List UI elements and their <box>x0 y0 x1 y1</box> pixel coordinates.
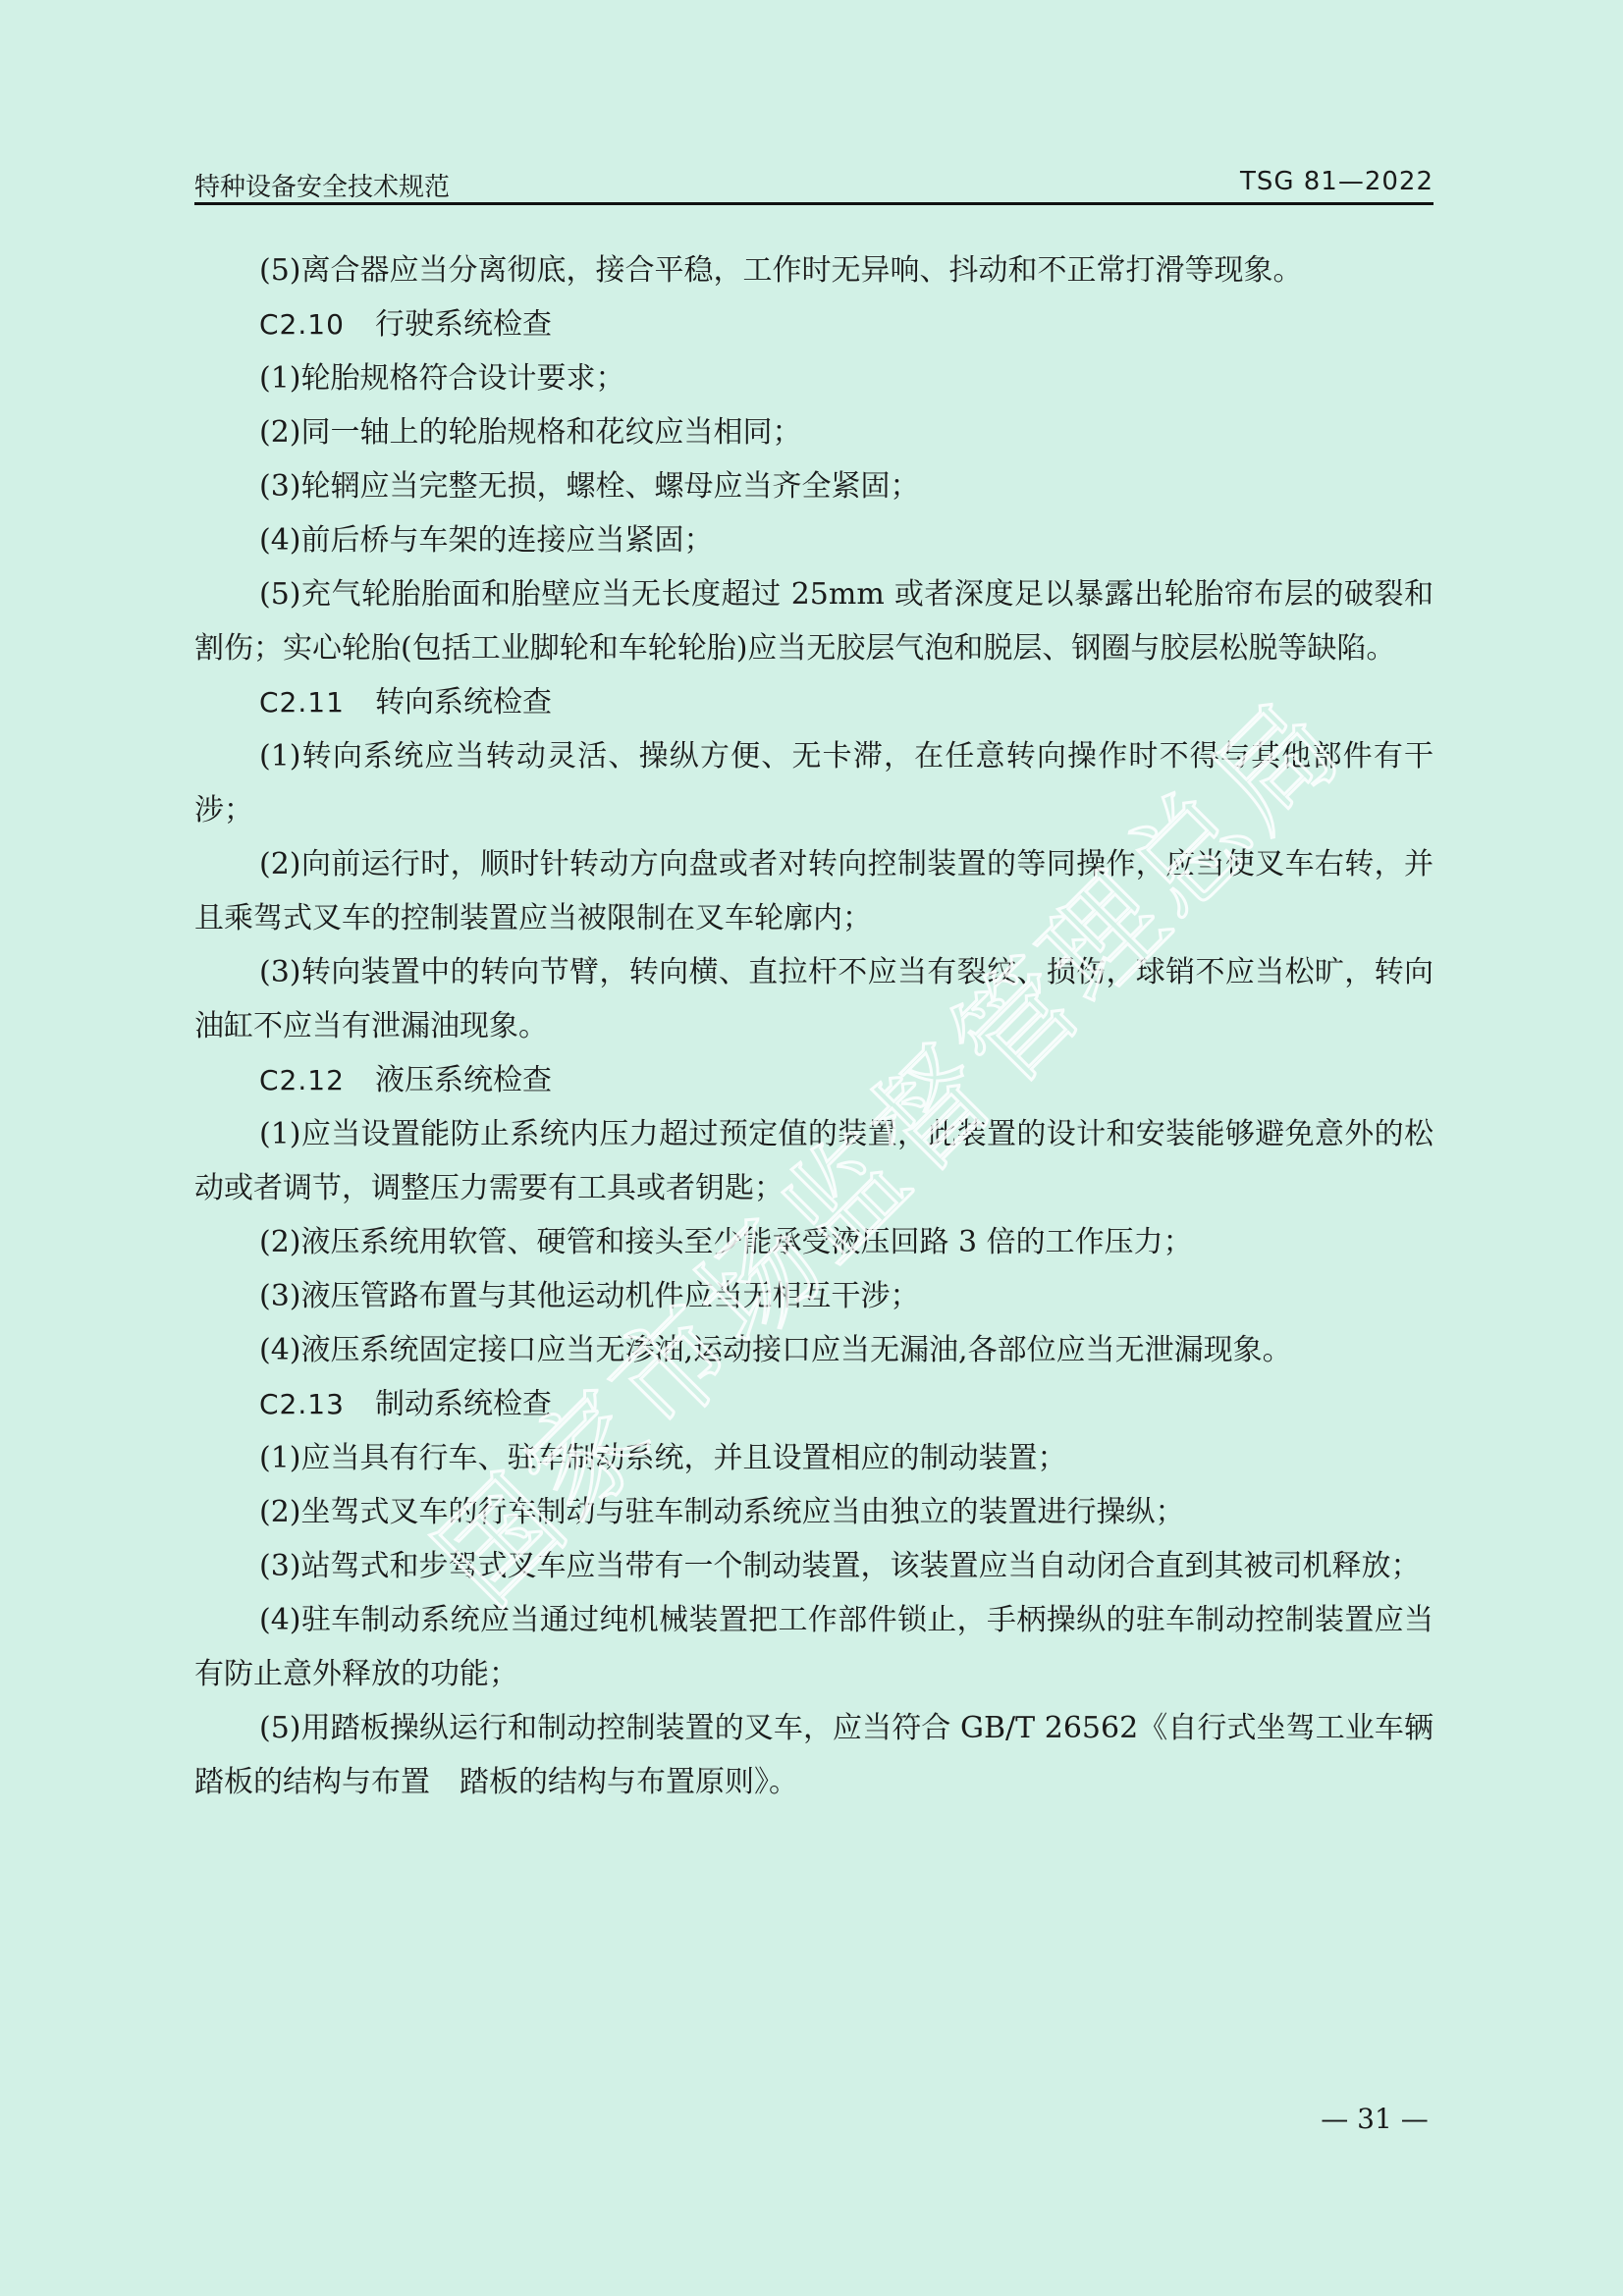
list-item: (1)转向系统应当转动灵活、操纵方便、无卡滞，在任意转向操作时不得与其他部件有干… <box>194 729 1434 837</box>
section-number: C2.11 <box>259 675 375 729</box>
section-title: 转向系统检查 <box>375 685 552 720</box>
list-item: (5)用踏板操纵运行和制动控制装置的叉车，应当符合 GB/T 26562《自行式… <box>194 1701 1434 1809</box>
list-item: (2)液压系统用软管、硬管和接头至少能承受液压回路 3 倍的工作压力； <box>194 1215 1434 1269</box>
section-title: 制动系统检查 <box>375 1387 552 1421</box>
section-number: C2.13 <box>259 1377 375 1431</box>
section-heading: C2.10行驶系统检查 <box>194 297 1434 351</box>
section-heading: C2.12液压系统检查 <box>194 1053 1434 1107</box>
header-divider <box>194 202 1434 205</box>
page-number: — 31 — <box>1306 2103 1443 2135</box>
header-standard-code: TSG 81—2022 <box>1240 167 1434 196</box>
clutch-item: (5)离合器应当分离彻底，接合平稳，工作时无异响、抖动和不正常打滑等现象。 <box>194 243 1434 297</box>
section-heading: C2.11转向系统检查 <box>194 675 1434 729</box>
list-item: (4)前后桥与车架的连接应当紧固； <box>194 513 1434 567</box>
section-c2-11: C2.11转向系统检查 (1)转向系统应当转动灵活、操纵方便、无卡滞，在任意转向… <box>194 675 1434 1053</box>
section-c2-12: C2.12液压系统检查 (1)应当设置能防止系统内压力超过预定值的装置，此装置的… <box>194 1053 1434 1377</box>
list-item: (3)转向装置中的转向节臂，转向横、直拉杆不应当有裂纹、损伤，球销不应当松旷，转… <box>194 945 1434 1053</box>
header-spec-title: 特种设备安全技术规范 <box>194 167 450 203</box>
list-item: (5)充气轮胎胎面和胎壁应当无长度超过 25mm 或者深度足以暴露出轮胎帘布层的… <box>194 567 1434 675</box>
page-body: (5)离合器应当分离彻底，接合平稳，工作时无异响、抖动和不正常打滑等现象。 C2… <box>194 243 1434 1809</box>
section-number: C2.12 <box>259 1053 375 1107</box>
list-item: (4)液压系统固定接口应当无渗油,运动接口应当无漏油,各部位应当无泄漏现象。 <box>194 1323 1434 1377</box>
section-c2-10: C2.10行驶系统检查 (1)轮胎规格符合设计要求； (2)同一轴上的轮胎规格和… <box>194 297 1434 675</box>
list-item: (2)同一轴上的轮胎规格和花纹应当相同； <box>194 405 1434 459</box>
list-item: (3)液压管路布置与其他运动机件应当无相互干涉； <box>194 1269 1434 1323</box>
document-page: 特种设备安全技术规范 TSG 81—2022 (5)离合器应当分离彻底，接合平稳… <box>0 0 1623 2296</box>
list-item: (2)坐驾式叉车的行车制动与驻车制动系统应当由独立的装置进行操纵； <box>194 1485 1434 1539</box>
section-number: C2.10 <box>259 297 375 351</box>
section-title: 液压系统检查 <box>375 1063 552 1097</box>
section-title: 行驶系统检查 <box>375 307 552 342</box>
list-item: (2)向前运行时，顺时针转动方向盘或者对转向控制装置的等同操作，应当使叉车右转，… <box>194 837 1434 945</box>
list-item: (1)应当设置能防止系统内压力超过预定值的装置，此装置的设计和安装能够避免意外的… <box>194 1107 1434 1215</box>
list-item: (3)站驾式和步驾式叉车应当带有一个制动装置，该装置应当自动闭合直到其被司机释放… <box>194 1539 1434 1593</box>
list-item: (1)轮胎规格符合设计要求； <box>194 351 1434 405</box>
section-heading: C2.13制动系统检查 <box>194 1377 1434 1431</box>
list-item: (4)驻车制动系统应当通过纯机械装置把工作部件锁止，手柄操纵的驻车制动控制装置应… <box>194 1593 1434 1701</box>
list-item: (3)轮辋应当完整无损，螺栓、螺母应当齐全紧固； <box>194 459 1434 513</box>
section-c2-13: C2.13制动系统检查 (1)应当具有行车、驻车制动系统，并且设置相应的制动装置… <box>194 1377 1434 1809</box>
list-item: (1)应当具有行车、驻车制动系统，并且设置相应的制动装置； <box>194 1431 1434 1485</box>
page-header: 特种设备安全技术规范 TSG 81—2022 <box>194 161 1434 204</box>
